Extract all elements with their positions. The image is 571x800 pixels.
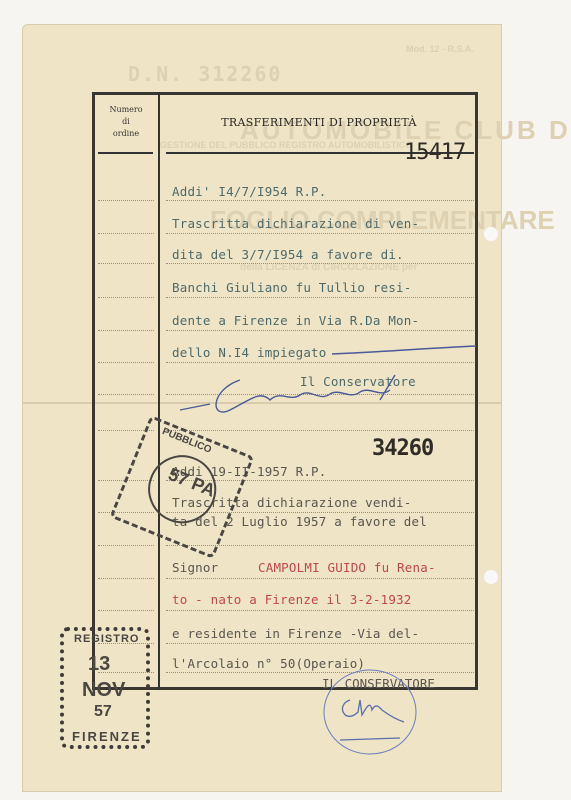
entry2-birth-red: to - nato a Firenze il 3-2-1932 bbox=[172, 592, 412, 607]
background-serial: D.N. 312260 bbox=[128, 62, 282, 86]
table-title: TRASFERIMENTI DI PROPRIETÀ bbox=[160, 116, 478, 129]
entry1-line-5: dente a Firenze in Via R.Da Mon- bbox=[172, 313, 419, 328]
punch-hole bbox=[484, 570, 498, 584]
entry1-line-6: dello N.I4 impiegato bbox=[172, 345, 327, 360]
entry2-line-6: e residente in Firenze -Via del- bbox=[172, 626, 419, 641]
entry2-name-red: CAMPOLMI GUIDO fu Rena- bbox=[258, 560, 436, 575]
signature-1 bbox=[170, 360, 410, 420]
entry1-line-3: dita del 3/7/I954 a favore di. bbox=[172, 247, 404, 262]
entry2-signor-prefix: Signor bbox=[172, 560, 218, 575]
entry1-line-4: Banchi Giuliano fu Tullio resi- bbox=[172, 280, 412, 295]
underline-stroke bbox=[330, 340, 480, 360]
registry-stamp-2: REGISTRO 13 NOV 57 FIRENZE bbox=[60, 627, 150, 749]
entry1-line-1: Addi' I4/7/I954 R.P. bbox=[172, 184, 327, 199]
header-rule-left bbox=[98, 152, 153, 154]
column-divider bbox=[158, 92, 160, 690]
signature-2 bbox=[310, 660, 440, 770]
registration-number-1: 15417 bbox=[404, 140, 465, 165]
punch-hole bbox=[484, 227, 498, 241]
background-form-code: Mod. 12 - R.S.A. bbox=[406, 44, 474, 54]
entry1-line-2: Trascritta dichiarazione di ven- bbox=[172, 216, 419, 231]
number-column-header: Numero di ordine bbox=[96, 104, 156, 140]
registration-number-2: 34260 bbox=[372, 436, 433, 461]
